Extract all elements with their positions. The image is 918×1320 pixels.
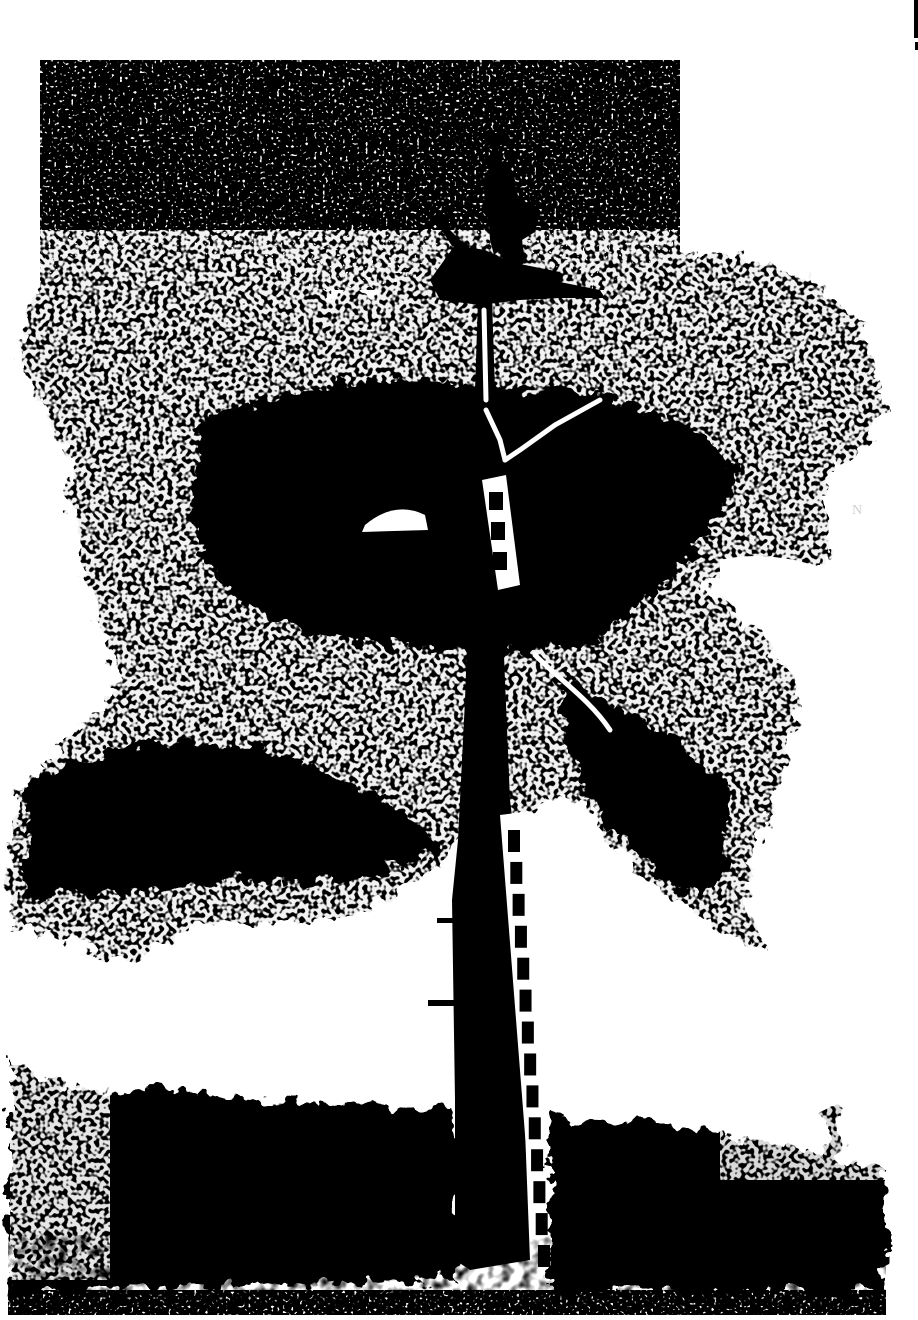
foreground-grass [8,1235,886,1315]
margin-letter: N [852,503,862,519]
halftone-tree-photo [0,0,918,1320]
scan-edge-mark [914,0,918,38]
